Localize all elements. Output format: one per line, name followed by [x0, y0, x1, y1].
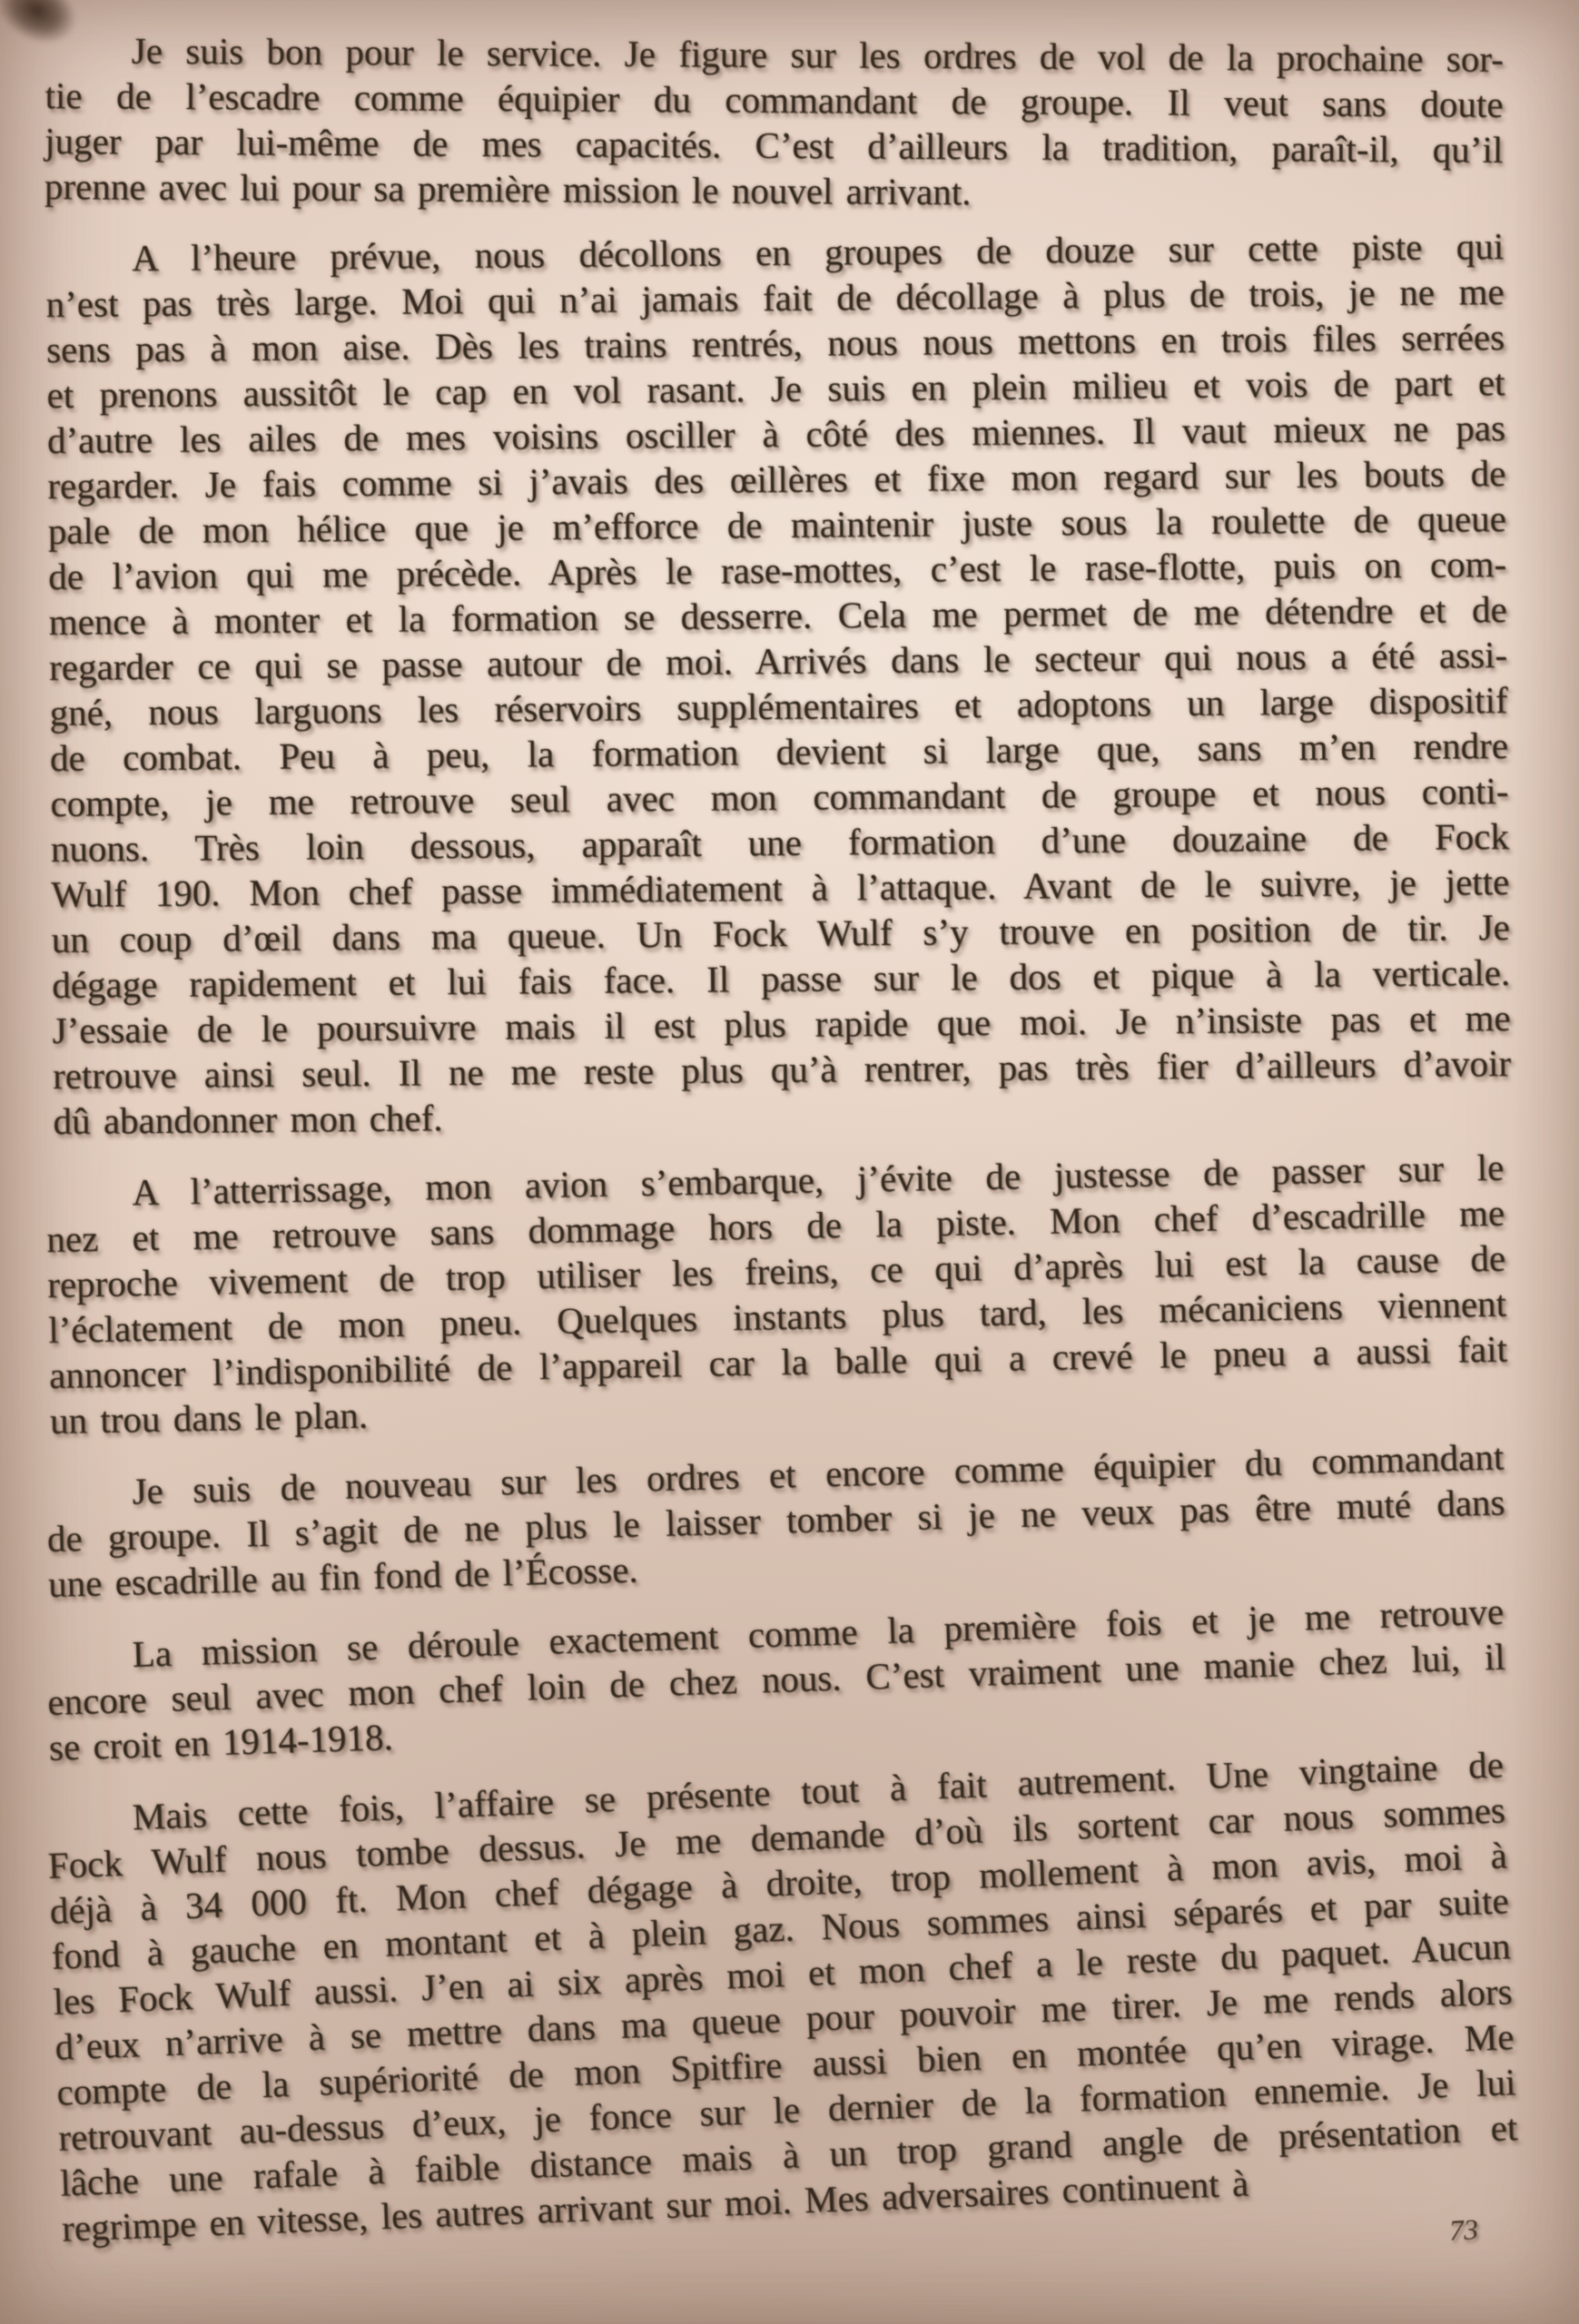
page-number: 73 — [1448, 2212, 1479, 2248]
paragraph: Je suis de nouveau sur les ordres et enc… — [45, 1433, 1506, 1607]
page-text-block: Je suis bon pour le service. Je figure s… — [45, 27, 1504, 2279]
paragraph: La mission se déroule exactement comme l… — [45, 1589, 1507, 1770]
paragraph: Je suis bon pour le service. Je figure s… — [44, 27, 1504, 218]
text-line: prenne avec lui pour sa première mission… — [44, 163, 1503, 218]
paragraph: A l’atterrissage, mon avion s’embarque, … — [45, 1145, 1508, 1443]
paragraph: Mais cette fois, l’affaire se présente t… — [45, 1741, 1520, 2250]
book-page-photo: Je suis bon pour le service. Je figure s… — [0, 0, 1579, 2324]
paragraph: A l’heure prévue, nous décollons en grou… — [45, 223, 1512, 1144]
